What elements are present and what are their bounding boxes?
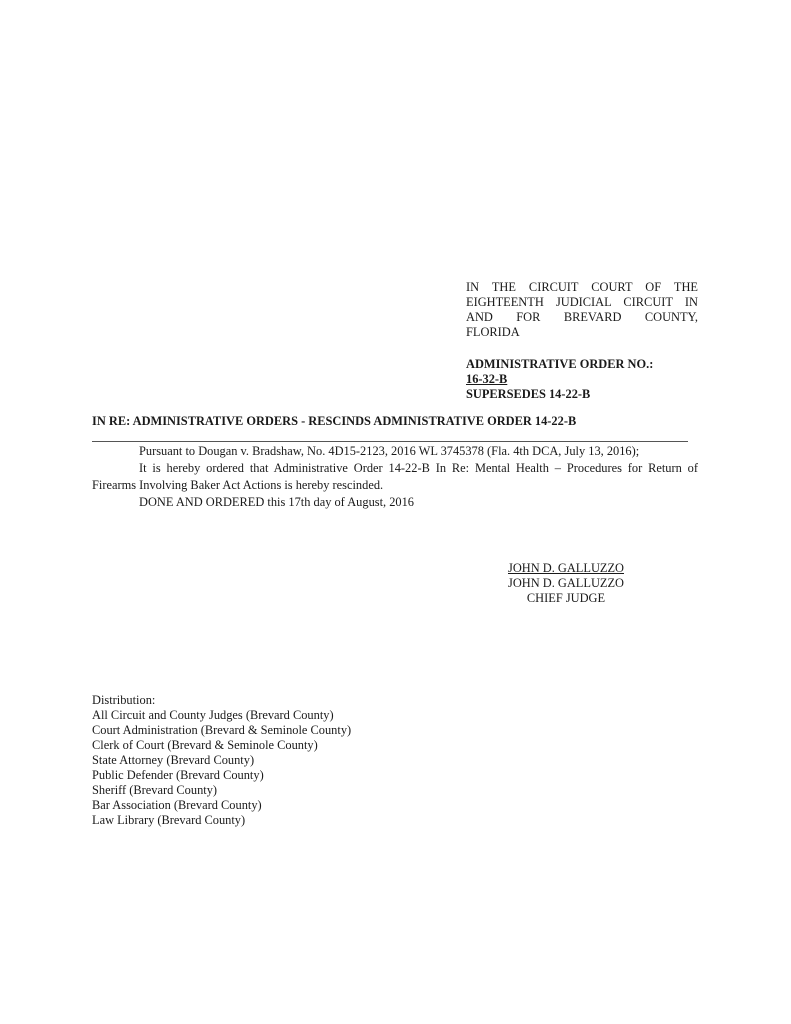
document-page: IN THE CIRCUIT COURT OF THE EIGHTEENTH J…	[0, 0, 791, 1024]
distribution-recipient: State Attorney (Brevard County)	[92, 753, 351, 768]
judge-title: CHIEF JUDGE	[497, 591, 635, 606]
court-line: IN THE CIRCUIT COURT OF THE	[466, 280, 698, 295]
body-paragraph: Pursuant to Dougan v. Bradshaw, No. 4D15…	[92, 443, 698, 460]
court-line: EIGHTEENTH JUDICIAL CIRCUIT IN	[466, 295, 698, 310]
distribution-recipient: Sheriff (Brevard County)	[92, 783, 351, 798]
distribution-recipient: Clerk of Court (Brevard & Seminole Count…	[92, 738, 351, 753]
court-line: FLORIDA	[466, 325, 698, 340]
order-title: IN RE: ADMINISTRATIVE ORDERS - RESCINDS …	[92, 414, 576, 429]
signature-block: JOHN D. GALLUZZO JOHN D. GALLUZZO CHIEF …	[497, 561, 635, 606]
horizontal-rule	[92, 441, 688, 442]
court-name-block: IN THE CIRCUIT COURT OF THE EIGHTEENTH J…	[466, 280, 698, 340]
distribution-list: Distribution: All Circuit and County Jud…	[92, 693, 351, 828]
printed-name: JOHN D. GALLUZZO	[497, 576, 635, 591]
body-paragraph: It is hereby ordered that Administrative…	[92, 460, 698, 494]
supersedes-note: SUPERSEDES 14-22-B	[466, 387, 698, 402]
signature-name: JOHN D. GALLUZZO	[497, 561, 635, 576]
distribution-heading: Distribution:	[92, 693, 351, 708]
order-label: ADMINISTRATIVE ORDER NO.:	[466, 357, 698, 372]
distribution-recipient: Public Defender (Brevard County)	[92, 768, 351, 783]
order-body: Pursuant to Dougan v. Bradshaw, No. 4D15…	[92, 443, 698, 511]
order-number-block: ADMINISTRATIVE ORDER NO.: 16-32-B SUPERS…	[466, 357, 698, 402]
distribution-recipient: Law Library (Brevard County)	[92, 813, 351, 828]
distribution-recipient: Bar Association (Brevard County)	[92, 798, 351, 813]
case-caption: IN THE CIRCUIT COURT OF THE EIGHTEENTH J…	[466, 280, 698, 402]
order-number: 16-32-B	[466, 372, 698, 387]
court-line: AND FOR BREVARD COUNTY,	[466, 310, 698, 325]
distribution-recipient: Court Administration (Brevard & Seminole…	[92, 723, 351, 738]
distribution-recipient: All Circuit and County Judges (Brevard C…	[92, 708, 351, 723]
body-paragraph: DONE AND ORDERED this 17th day of August…	[92, 494, 698, 511]
